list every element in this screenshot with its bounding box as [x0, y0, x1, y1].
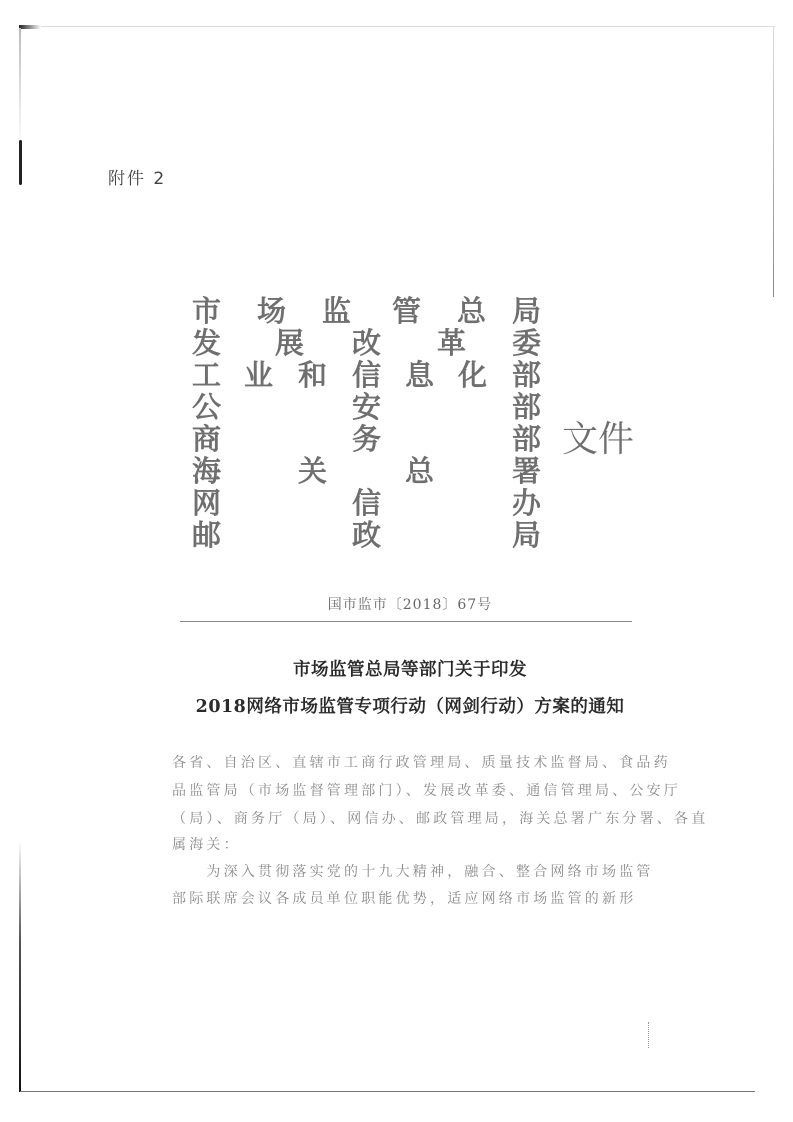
header-char: 化 — [458, 358, 487, 392]
header-char: 办 — [512, 486, 541, 520]
header-char: 展 — [275, 326, 304, 360]
header-char: 发 — [192, 326, 221, 360]
body-line: （局）、商务厅（局）、网信办、邮政管理局，海关总署广东分署、各直 — [172, 808, 708, 828]
header-char: 关 — [298, 454, 327, 488]
header-char: 工 — [192, 358, 221, 392]
body-line: 品监管局（市场监督管理部门）、发展改革委、通信管理局、公安厅 — [172, 780, 681, 800]
header-char: 场 — [257, 294, 286, 328]
header-char: 部 — [512, 358, 541, 392]
header-char: 息 — [405, 358, 434, 392]
header-char: 局 — [512, 518, 541, 552]
header-char: 业 — [244, 358, 273, 392]
header-char: 和 — [298, 358, 327, 392]
body-line: 部际联席会议各成员单位职能优势，适应网络市场监管的新形 — [172, 888, 636, 908]
header-row: 发 展 改 革 委 — [192, 326, 552, 360]
header-char: 革 — [437, 326, 466, 360]
scan-edge-mark — [19, 140, 22, 185]
header-char: 信 — [352, 486, 381, 520]
body-line: 各省、自治区、直辖市工商行政管理局、质量技术监督局、食品药 — [172, 752, 671, 772]
header-divider — [180, 621, 632, 622]
header-char: 总 — [405, 454, 434, 488]
header-char: 海 — [192, 454, 221, 488]
page-border-right — [773, 27, 774, 297]
header-char: 监 — [322, 294, 351, 328]
title-line-2: 2018网络市场监管专项行动（网剑行动）方案的通知 — [0, 693, 793, 718]
header-row: 海 关 总 署 — [192, 454, 552, 488]
header-char: 政 — [352, 518, 381, 552]
header-char: 署 — [512, 454, 541, 488]
header-char: 改 — [352, 326, 381, 360]
header-char: 安 — [352, 390, 381, 424]
header-char: 部 — [512, 422, 541, 456]
attachment-label: 附件 2 — [108, 164, 166, 189]
body-line: 属海关： — [172, 834, 241, 854]
header-char: 公 — [192, 390, 221, 424]
header-char: 总 — [457, 294, 486, 328]
header-row: 邮 政 局 — [192, 518, 552, 552]
header-char: 部 — [512, 390, 541, 424]
header-row: 工 业 和 信 息 化 部 — [192, 358, 552, 392]
scan-corner-mark — [19, 25, 41, 29]
header-row: 网 信 办 — [192, 486, 552, 520]
scan-speckle — [648, 1022, 651, 1048]
header-row: 公 安 部 — [192, 390, 552, 424]
header-char: 网 — [192, 486, 221, 520]
header-char: 局 — [512, 294, 541, 328]
page-border-left-bottom — [19, 840, 21, 1092]
page-border-left — [19, 28, 21, 148]
body-line: 为深入贯彻落实党的十九大精神，融合、整合网络市场监管 — [172, 861, 654, 881]
document-type-suffix: 文件 — [562, 411, 634, 462]
header-char: 市 — [192, 294, 221, 328]
header-char: 邮 — [192, 518, 221, 552]
header-char: 信 — [352, 358, 381, 392]
document-number: 国市监市〔2018〕67号 — [0, 594, 793, 614]
header-char: 商 — [192, 422, 221, 456]
header-row: 商 务 部 — [192, 422, 552, 456]
title-line-1: 市场监管总局等部门关于印发 — [0, 656, 793, 681]
header-row: 市 场 监 管 总 局 — [192, 294, 552, 328]
header-char: 委 — [512, 326, 541, 360]
page-border-top — [20, 26, 775, 27]
header-char: 务 — [352, 422, 381, 456]
header-char: 管 — [392, 294, 421, 328]
page-border-bottom — [20, 1091, 755, 1092]
